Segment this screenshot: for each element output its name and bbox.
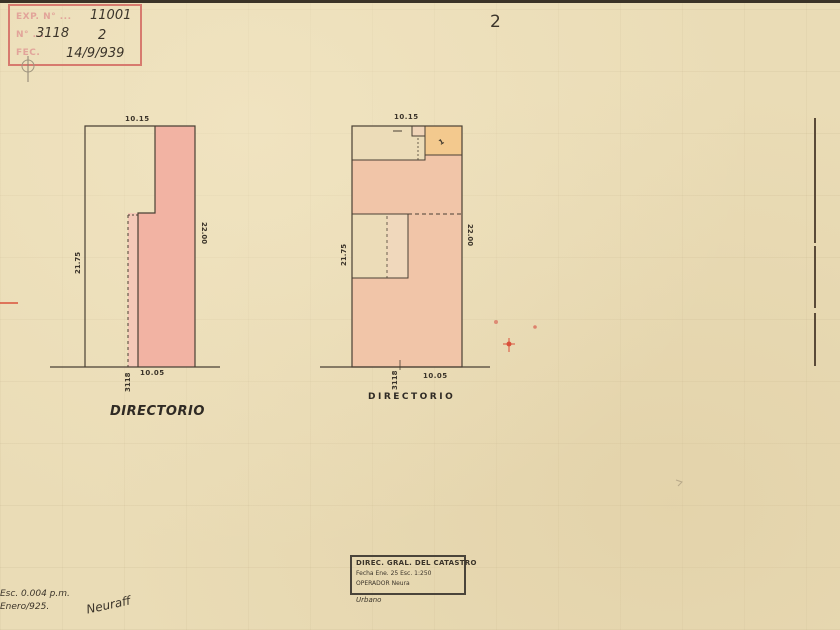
margin-line-2 [814,246,816,308]
margin-line-3 [814,313,816,366]
left-plan-left-depth: 21.75 [74,252,82,274]
catastro-stamp: DIREC. GRAL. DEL CATASTRO Fecha Ene. 25 … [350,555,466,595]
plans-drawing [0,0,840,630]
left-plan-title: DIRECTORIO [110,404,205,419]
scale-note-date: Enero/925. [0,601,70,614]
catastro-date-scale: Fecha Ene. 25 Esc. 1:250 [356,570,460,577]
left-plan-outline [50,126,220,367]
right-plan-right-depth: 22.00 [466,224,474,246]
scale-note-scale: Esc. 0.004 p.m. [0,588,70,601]
right-plan-title: DIRECTORIO [368,392,455,402]
scale-note: Esc. 0.004 p.m. Enero/925. [0,588,70,614]
right-plan-bottom-width: 10.05 [423,372,448,380]
margin-line-1 [814,118,816,243]
catastro-operator: OPERADOR Neura [356,580,460,587]
left-plan-top-width: 10.15 [125,115,150,123]
right-plan-left-depth: 21.75 [340,244,348,266]
left-plan-bottom-width: 10.05 [140,369,165,377]
right-plan-top-width: 10.15 [394,113,419,121]
catastro-header: DIREC. GRAL. DEL CATASTRO [356,559,460,567]
catastro-signature: Urbano [356,596,381,604]
left-plan-house-number: 3118 [124,373,132,392]
right-plan-house-number: 3118 [391,371,399,390]
left-plan-right-depth: 22.00 [200,222,208,244]
